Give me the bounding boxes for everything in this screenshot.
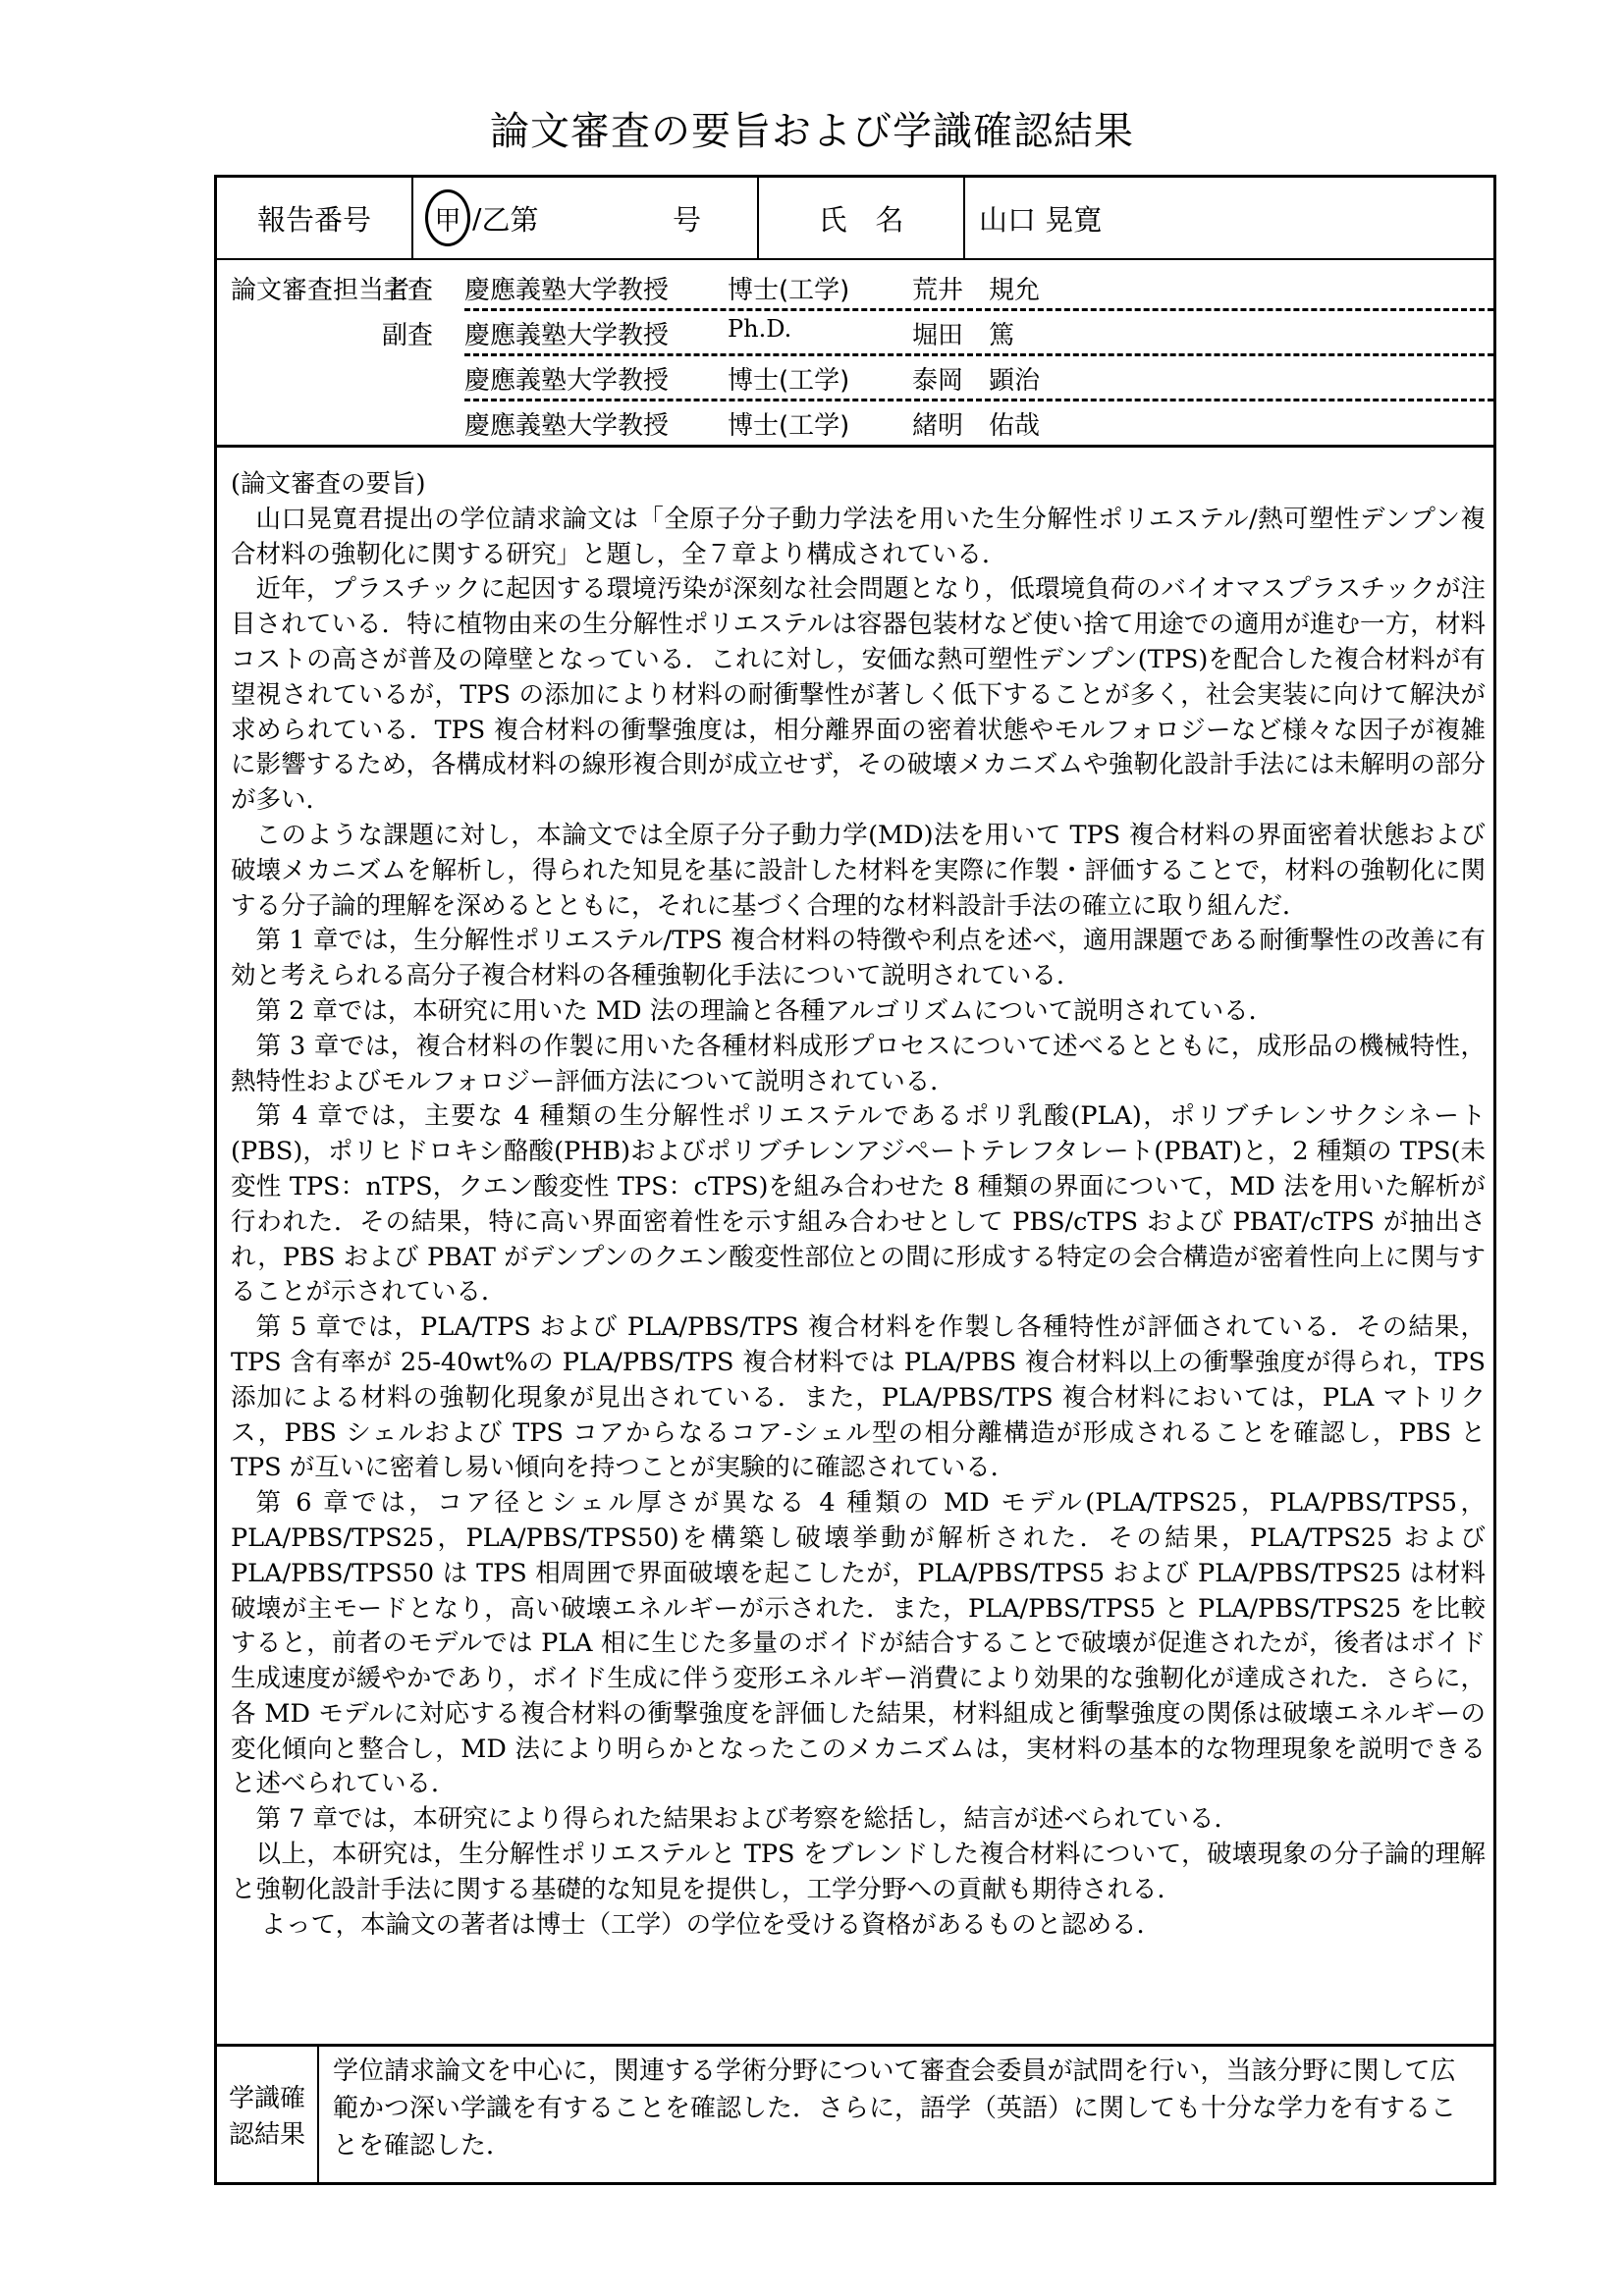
reviewer-row: 副査 慶應義塾大学教授 Ph.D. 堀田 篤 bbox=[217, 315, 1493, 358]
reviewer-row: 慶應義塾大学教授 博士(工学) 泰岡 顕治 bbox=[217, 360, 1493, 403]
name-label: 氏 名 bbox=[759, 178, 963, 258]
summary-paragraph: 第 2 章では，本研究に用いた MD 法の理論と各種アルゴリズムについて説明され… bbox=[231, 994, 1486, 1030]
reviewer-degree: 博士(工学) bbox=[728, 270, 849, 306]
summary-paragraph: 以上，本研究は，生分解性ポリエステルと TPS をブレンドした複合材料について，… bbox=[231, 1838, 1486, 1908]
selected-type-circle: 甲 bbox=[425, 189, 470, 246]
reviewer-name: 緒明 佑哉 bbox=[912, 405, 1040, 442]
summary-paragraph: 第 6 章では，コア径とシェル厚さが異なる 4 種類の MD モデル(PLA/T… bbox=[231, 1486, 1486, 1802]
report-number-label: 報告番号 bbox=[217, 178, 411, 258]
reviewer-role: 主査 bbox=[382, 270, 433, 306]
summary-paragraph: 第 5 章では，PLA/TPS および PLA/PBS/TPS 複合材料を作製し… bbox=[231, 1310, 1486, 1486]
dashed-divider bbox=[464, 353, 1493, 356]
reviewer-degree: 博士(工学) bbox=[728, 360, 849, 397]
slash-separator: / bbox=[472, 202, 481, 235]
reviewer-affiliation: 慶應義塾大学教授 bbox=[464, 315, 669, 351]
reviewer-name: 堀田 篤 bbox=[912, 315, 1014, 351]
reviewer-degree: 博士(工学) bbox=[728, 405, 849, 442]
review-summary-body: (論文審査の要旨) 山口晃寛君提出の学位請求論文は「全原子分子動力学法を用いた生… bbox=[231, 467, 1486, 1943]
report-number-field: 甲 / 乙第 号 bbox=[425, 178, 755, 258]
reviewer-name: 泰岡 顕治 bbox=[912, 360, 1040, 397]
summary-paragraph: このような課題に対し，本論文では全原子分子動力学(MD)法を用いて TPS 複合… bbox=[231, 819, 1486, 924]
page-title: 論文審査の要旨および学識確認結果 bbox=[0, 100, 1624, 156]
report-number-suffix: 号 bbox=[673, 198, 701, 239]
reviewer-affiliation: 慶應義塾大学教授 bbox=[464, 405, 669, 442]
reviewer-row: 主査 慶應義塾大学教授 博士(工学) 荒井 規允 bbox=[217, 270, 1493, 313]
summary-paragraph: 第 3 章では，複合材料の作製に用いた各種材料成形プロセスについて述べるとともに… bbox=[231, 1030, 1486, 1100]
reviewer-row: 慶應義塾大学教授 博士(工学) 緒明 佑哉 bbox=[217, 405, 1493, 449]
dashed-divider bbox=[464, 399, 1493, 401]
reviewer-role: 副査 bbox=[382, 315, 433, 351]
reviewer-affiliation: 慶應義塾大学教授 bbox=[464, 270, 669, 306]
reviewers-section: 論文審査担当者： 主査 慶應義塾大学教授 博士(工学) 荒井 規允 副査 慶應義… bbox=[217, 260, 1493, 448]
reviewer-degree: Ph.D. bbox=[728, 315, 791, 343]
reviewer-affiliation: 慶應義塾大学教授 bbox=[464, 360, 669, 397]
summary-paragraph: 第 7 章では，本研究により得られた結果および考察を総括し，結言が述べられている… bbox=[231, 1802, 1486, 1838]
name-value: 山口 晃寛 bbox=[979, 178, 1470, 258]
dashed-divider bbox=[464, 308, 1493, 311]
summary-paragraph: 第 4 章では，主要な 4 種類の生分解性ポリエステルであるポリ乳酸(PLA)，… bbox=[231, 1099, 1486, 1310]
divider bbox=[963, 178, 965, 258]
summary-paragraph: 山口晃寛君提出の学位請求論文は「全原子分子動力学法を用いた生分解性ポリエステル/… bbox=[231, 503, 1486, 573]
knowledge-check-text: 学位請求論文を中心に，関連する学術分野について審査会委員が試問を行い，当該分野に… bbox=[333, 2053, 1472, 2164]
summary-paragraph: 第 1 章では，生分解性ポリエステル/TPS 複合材料の特徴や利点を述べ，適用課… bbox=[231, 924, 1486, 994]
divider bbox=[317, 2047, 319, 2182]
summary-paragraph: 近年，プラスチックに起因する環境汚染が深刻な社会問題となり，低環境負荷のバイオマ… bbox=[231, 572, 1486, 819]
summary-conclusion: よって，本論文の著者は博士（工学）の学位を受ける資格があるものと認める． bbox=[231, 1908, 1486, 1944]
knowledge-check-label: 学識確認結果 bbox=[217, 2047, 317, 2182]
divider bbox=[411, 178, 413, 258]
summary-heading: (論文審査の要旨) bbox=[231, 467, 1486, 503]
review-summary-section: (論文審査の要旨) 山口晃寛君提出の学位請求論文は「全原子分子動力学法を用いた生… bbox=[217, 448, 1493, 2047]
review-form-table: 報告番号 甲 / 乙第 号 氏 名 山口 晃寛 論文審査担当者： 主査 慶應義塾… bbox=[214, 175, 1496, 2185]
knowledge-check-row: 学識確認結果 学位請求論文を中心に，関連する学術分野について審査会委員が試問を行… bbox=[217, 2047, 1493, 2182]
report-type-rest: 乙第 bbox=[481, 198, 538, 239]
reviewer-name: 荒井 規允 bbox=[912, 270, 1040, 306]
report-header-row: 報告番号 甲 / 乙第 号 氏 名 山口 晃寛 bbox=[217, 178, 1493, 260]
